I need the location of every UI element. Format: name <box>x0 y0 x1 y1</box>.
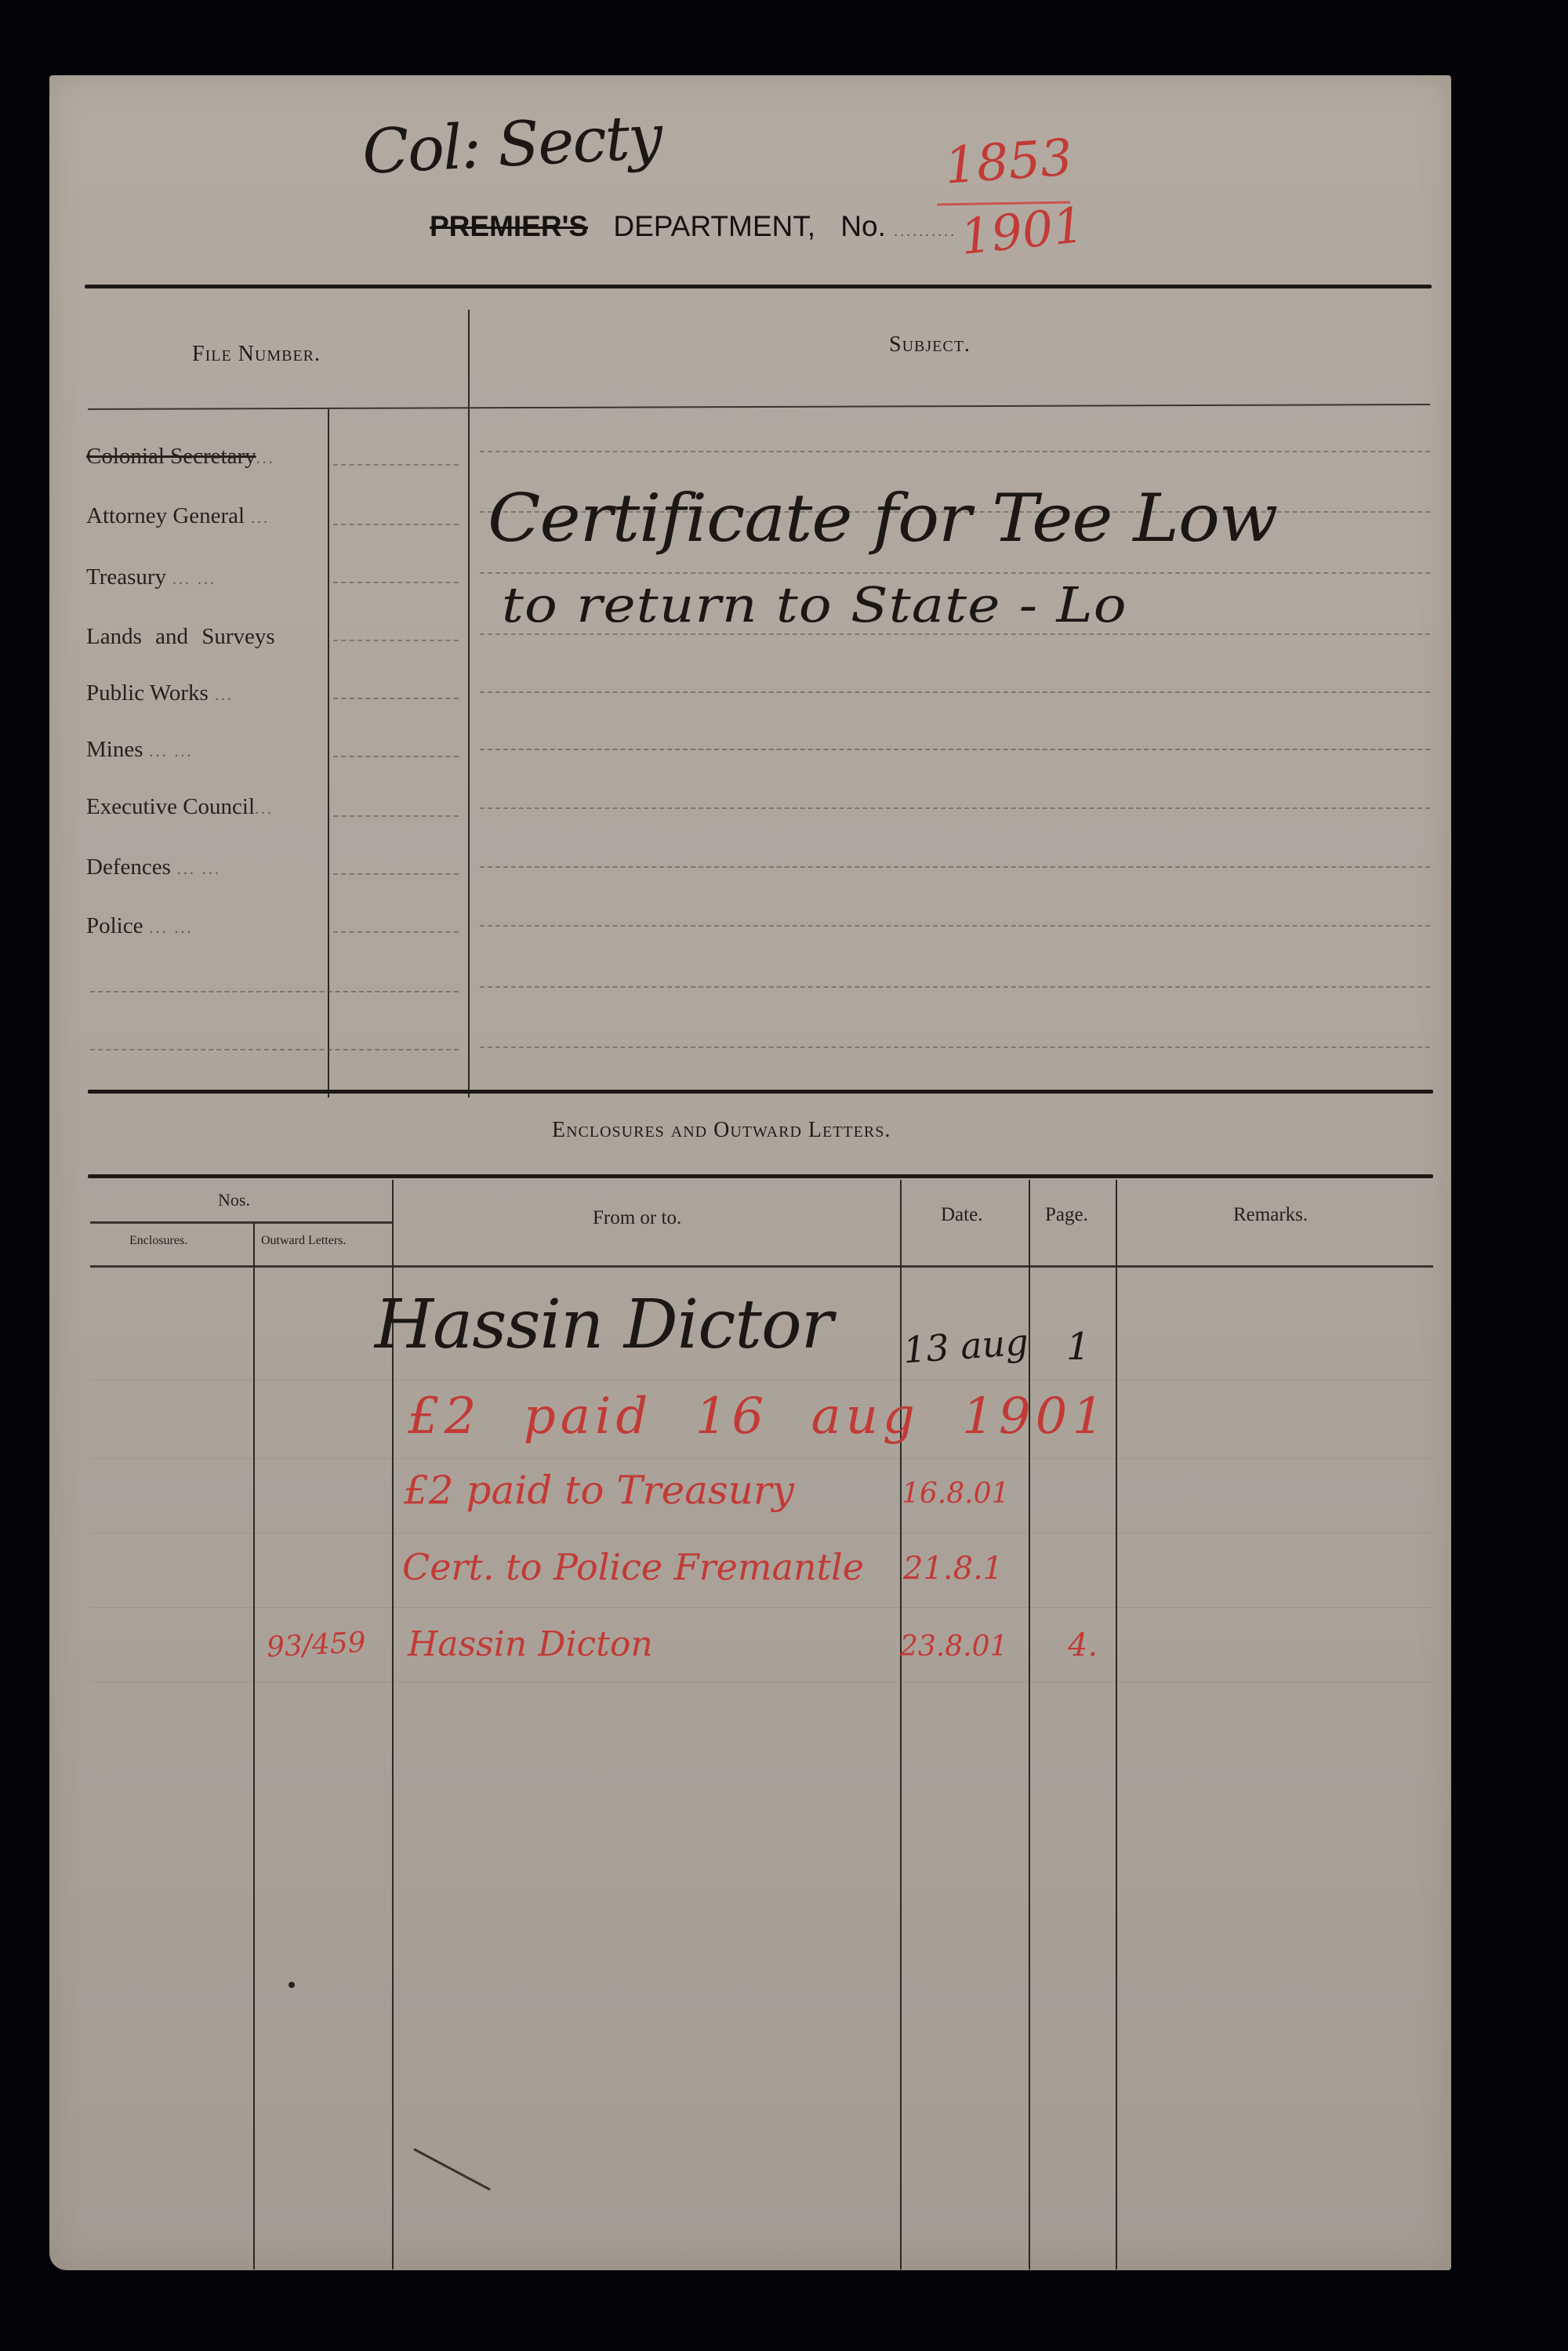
dept-colonial-secretary: Colonial Secretary... <box>86 444 275 470</box>
file-number-dotted-line <box>333 698 459 699</box>
row-date: 16.8.01 <box>902 1478 1009 1510</box>
dept-label: Treasury <box>86 564 166 590</box>
from-or-to-heading: From or to. <box>593 1207 681 1229</box>
dept-label: Mines <box>86 737 143 762</box>
struck-premiers-label: PREMIER'S <box>430 210 588 242</box>
subject-dotted-line <box>480 807 1430 809</box>
department-label: DEPARTMENT, <box>613 210 815 242</box>
page-heading: Page. <box>1045 1204 1088 1226</box>
subject-dotted-line <box>480 572 1430 574</box>
table-ruling <box>90 1607 1433 1608</box>
file-number-dotted-line <box>333 582 459 583</box>
dept-mines: Mines ... ... <box>86 737 194 763</box>
subject-line-2: to return to State - Lo <box>502 576 1127 633</box>
subject-dotted-line <box>480 749 1430 750</box>
row-from-to: Cert. to Police Fremantle <box>402 1546 864 1588</box>
dept-defences: Defences ... ... <box>86 854 221 880</box>
date-heading: Date. <box>941 1204 982 1226</box>
dept-public-works: Public Works ... <box>86 680 234 706</box>
row-page: 4. <box>1068 1627 1098 1663</box>
blank-dotted-line <box>90 1049 459 1050</box>
row-outward-letter: 93/459 <box>266 1627 367 1664</box>
file-number-numerator: 1853 <box>943 129 1075 195</box>
subject-dotted-line <box>480 451 1430 452</box>
file-number-dotted-line <box>333 756 459 757</box>
dept-attorney-general: Attorney General ... <box>86 503 270 529</box>
file-number-dotted-line <box>333 873 459 875</box>
dept-police: Police ... ... <box>86 913 194 939</box>
enclosures-heading: Enclosures and Outward Letters. <box>552 1118 891 1143</box>
table-ruling <box>90 1533 1433 1533</box>
table-ruling <box>90 1458 1433 1459</box>
file-number-dotted-line <box>333 524 459 525</box>
top-rule <box>85 285 1432 288</box>
subject-dotted-line <box>480 1047 1430 1048</box>
file-number-heading: File Number. <box>192 342 321 367</box>
dept-lands-and-surveys: Lands and Surveys <box>86 624 275 650</box>
file-number-dotted-line <box>333 815 459 817</box>
subject-dotted-line <box>480 691 1430 693</box>
col-divider-page <box>1116 1180 1117 2269</box>
ink-speck <box>289 1982 295 1988</box>
dept-label: Executive Council <box>86 794 255 819</box>
dept-label: Public Works <box>86 680 209 706</box>
blank-dotted-line <box>90 991 459 992</box>
dept-label: Colonial Secretary <box>86 444 256 469</box>
header-divider <box>468 310 470 1097</box>
row-page: 1 <box>1066 1325 1091 1369</box>
row-date: 21.8.1 <box>903 1551 1003 1587</box>
subject-heading: Subject. <box>889 332 971 357</box>
enclosures-col-heading: Enclosures. <box>129 1234 187 1248</box>
subject-line-1: Certificate for Tee Low <box>488 480 1277 557</box>
remarks-heading: Remarks. <box>1233 1204 1308 1226</box>
file-number-dotted-line <box>333 464 459 466</box>
row-date: 23.8.01 <box>900 1631 1007 1663</box>
subject-dotted-line <box>480 633 1430 635</box>
department-title: PREMIER'S DEPARTMENT, No. .......... <box>430 210 956 243</box>
file-number-dotted-line <box>333 640 459 641</box>
table-ruling <box>90 1380 1433 1380</box>
enclosures-table-top-rule <box>88 1174 1433 1178</box>
number-dots: .......... <box>894 223 956 239</box>
subject-dotted-line <box>480 986 1430 988</box>
nos-heading: Nos. <box>218 1190 250 1210</box>
row-from-to: £2 paid to Treasury <box>404 1468 794 1513</box>
enclosures-top-rule <box>88 1090 1433 1094</box>
col-divider-from-to <box>900 1180 902 2269</box>
dept-label: Defences <box>86 854 171 880</box>
outward-letters-col-heading: Outward Letters. <box>261 1234 346 1248</box>
table-header-bottom-rule <box>90 1265 1433 1268</box>
dept-executive-council: Executive Council... <box>86 794 274 820</box>
subject-dotted-line <box>480 866 1430 868</box>
col-divider-date <box>1029 1180 1030 2269</box>
dept-label: Police <box>86 913 143 938</box>
row-from-to: £2 paid 16 aug 1901 <box>408 1388 1109 1446</box>
subject-dotted-line <box>480 925 1430 927</box>
dept-label: Lands and Surveys <box>86 624 275 649</box>
number-label: No. <box>840 210 886 242</box>
dept-label: Attorney General <box>86 503 245 528</box>
file-number-column-divider <box>328 409 329 1097</box>
dept-treasury: Treasury ... ... <box>86 564 216 590</box>
row-from-to: Hassin Dicton <box>408 1624 653 1664</box>
table-ruling <box>90 1682 1433 1682</box>
row-from-to: Hassin Dictor <box>375 1286 833 1364</box>
file-number-dotted-line <box>333 931 459 933</box>
row-date: 13 aug <box>902 1320 1029 1371</box>
nos-sub-rule <box>90 1221 392 1224</box>
